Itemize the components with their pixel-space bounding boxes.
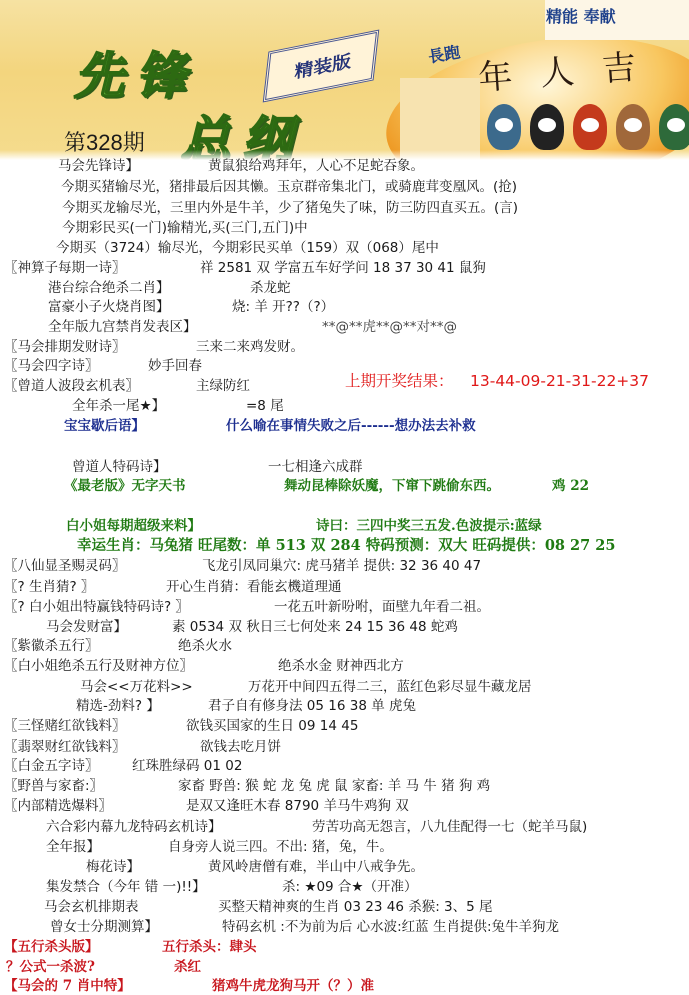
entry-label: 宝宝歇后语】 — [64, 417, 145, 435]
entry-label: 马会<<万花料>> — [80, 678, 193, 696]
entry-value: 是双又逢旺木春 8790 羊马牛鸡狗 双 — [186, 797, 409, 815]
entry-value: 杀红 — [174, 958, 201, 976]
entry-value: 今期买龙输尽光，三里内外是牛羊，少了猪兔失了味，防三防四直买五。(言) — [62, 199, 518, 217]
edition-badge: 精装版 — [263, 30, 380, 103]
entry-value: **@**虎**@**对**@ — [322, 318, 457, 336]
mascot-icon — [530, 104, 564, 150]
entry-label: 〖野兽与家畜:〗 — [4, 777, 103, 795]
entry-label: 马会发财富】 — [46, 618, 127, 636]
entry-value: 黄风岭唐僧有难，半山中八戒争先。 — [208, 858, 424, 876]
entry-value: 买整天精神爽的生肖 03 23 46 杀猴: 3、5 尾 — [218, 898, 493, 916]
entry-label: 梅花诗】 — [86, 858, 140, 876]
entry-label: 〖马会四字诗〗 — [4, 357, 99, 375]
entry-value: 家畜 野兽: 猴 蛇 龙 兔 虎 鼠 家畜: 羊 马 牛 猪 狗 鸡 — [178, 777, 490, 795]
entry-value: 开心生肖猜：看能玄機道理通 — [166, 578, 342, 596]
mascot-icon — [487, 104, 521, 150]
entry-extra: 鸡 22 — [552, 477, 589, 495]
entry-label: 〖紫徽杀五行〗 — [4, 637, 99, 655]
entry-value: 杀: ★09 合★（开准） — [282, 878, 418, 896]
entry-label: 港台综合绝杀二肖】 — [48, 279, 170, 297]
entry-value: 一七相逢六成群 — [268, 458, 363, 476]
entry-value: 君子自有修身法 05 16 38 单 虎兔 — [208, 697, 416, 715]
mascot-icon — [659, 104, 689, 150]
presents-text: 精能 奉献 — [546, 4, 616, 27]
entry-value: =8 尾 — [246, 397, 284, 415]
entry-label: 集发禁合（今年 错 一)!!】 — [46, 878, 206, 896]
entry-value: 今期彩民买(一门)输精光,买(三门,五门)中 — [62, 219, 308, 237]
entry-label: 【马会的 7 肖中特】 — [4, 977, 131, 995]
entry-label: 〖马会排期发财诗〗 — [4, 338, 126, 356]
mascot-icon — [616, 104, 650, 150]
entry-label: 马会先锋诗】 — [58, 157, 139, 175]
entry-label: 白小姐每期超级来料】 — [66, 517, 201, 535]
entry-value: 一花五叶新吩咐，面壁九年看二祖。 — [274, 598, 490, 616]
banner-patch — [400, 78, 480, 160]
entry-value: 今期买（3724）输尽光，今期彩民买单（159）双（068）尾中 — [56, 239, 439, 257]
entry-label: 六合彩内幕九龙特码玄机诗】 — [46, 818, 222, 836]
entry-label: 〖翡翠财红欲钱料〗 — [4, 738, 126, 756]
entry-value: 诗曰：三四中奖三五发.色波提示:蓝绿 — [316, 517, 542, 535]
entry-label: 马会玄机排期表 — [44, 898, 139, 916]
entry-label: 全年杀一尾★】 — [72, 397, 165, 415]
entry-label: 〖八仙显圣赐灵码〗 — [4, 557, 126, 575]
entry-value: 黄鼠狼给鸡拜年，人心不足蛇吞象。 — [208, 157, 424, 175]
entry-value: 自身旁人说三四。不出: 猪，兔，牛。 — [168, 838, 393, 856]
entry-label: 《最老版》无字天书 — [64, 477, 186, 495]
entry-value: 舞动昆棒除妖魔，下窜下跳偷东西。 — [284, 477, 500, 495]
entry-label: 精选-劲料? 】 — [76, 697, 160, 715]
entry-value: 什么喻在事情失败之后------想办法去补救 — [226, 417, 476, 435]
entry-value: 特码玄机 :不为前为后 心水波:红蓝 生肖提供:兔牛羊狗龙 — [222, 918, 559, 936]
entry-label: 曾道人特码诗】 — [72, 458, 167, 476]
entry-value: 主绿防红 — [196, 377, 250, 395]
entry-label: 曾女士分期测算】 — [50, 918, 158, 936]
latest-result-numbers: 13-44-09-21-31-22+37 — [470, 372, 649, 390]
mascot-icon — [573, 104, 607, 150]
mascots-group — [487, 104, 689, 150]
entry-value: 烧: 羊 开??（?） — [232, 298, 334, 316]
entry-label: 全年报】 — [46, 838, 100, 856]
entry-label: 〖白金五字诗〗 — [4, 757, 99, 775]
entry-label: 〖内部精选爆料〗 — [4, 797, 112, 815]
entry-value: 三来二来鸡发财。 — [196, 338, 304, 356]
entry-value: 劳苦功高无怨言，八九佳配得一七（蛇羊马鼠) — [312, 818, 587, 836]
header-banner: 精能 奉献 先锋 精装版 总纲 長跑 年人吉 第328期 — [0, 0, 689, 160]
edition-badge-label: 精装版 — [290, 49, 352, 84]
entry-value: 素 0534 双 秋日三七何处来 24 15 36 48 蛇鸡 — [172, 618, 458, 636]
entry-label: 〖? 生肖猜? 〗 — [4, 578, 94, 596]
entry-label: ？公式一杀波? — [6, 958, 95, 976]
entry-value: 欲钱去吃月饼 — [200, 738, 281, 756]
entry-value: 妙手回春 — [148, 357, 202, 375]
entry-label: 富豪小子火烧肖图】 — [48, 298, 170, 316]
entry-value: 杀龙蛇 — [250, 279, 291, 297]
entry-label: 全年版九宫禁肖发表区】 — [48, 318, 197, 336]
banner-title-top: 先锋 — [74, 36, 198, 108]
entry-value: 猪鸡牛虎龙狗马开（？）准 — [212, 977, 374, 995]
entry-label: 〖曾道人波段玄机表〗 — [4, 377, 139, 395]
latest-result-label: 上期开奖结果： — [345, 372, 454, 390]
entry-value: 今期买猪输尽光，猪排最后因其懒。玉京群帝集北门，或骑鹿茸变凰风。(抢) — [61, 178, 517, 196]
entry-value: 绝杀火水 — [178, 637, 232, 655]
entry-label: 〖神算子每期一诗〗 — [4, 259, 126, 277]
entry-label: 〖三怪赌红欲钱料〗 — [4, 717, 126, 735]
entry-label: 〖白小姐绝杀五行及财神方位〗 — [4, 657, 193, 675]
entry-value: 祥 2581 双 学富五车好学问 18 37 30 41 鼠狗 — [200, 259, 486, 277]
entry-value: 飞龙引凤同巢穴: 虎马猪羊 提供: 32 36 40 47 — [202, 557, 481, 575]
entry-value: 绝杀水金 财神西北方 — [278, 657, 404, 675]
entry-value: 幸运生肖：马兔猪 旺尾数：单 513 双 284 特码预测：双大 旺码提供：08… — [77, 537, 615, 555]
entry-value: 欲钱买国家的生日 09 14 45 — [186, 717, 358, 735]
entry-label: 【五行杀头版】 — [4, 938, 99, 956]
entry-value: 五行杀头：肆头 — [162, 938, 257, 956]
entry-value: 红珠胜绿码 01 02 — [132, 757, 242, 775]
entry-value: 万花开中间四五得二三，蓝红色彩尽显牛藏龙居 — [248, 678, 532, 696]
entry-label: 〖? 白小姐出特赢钱特码诗? 〗 — [4, 598, 189, 616]
